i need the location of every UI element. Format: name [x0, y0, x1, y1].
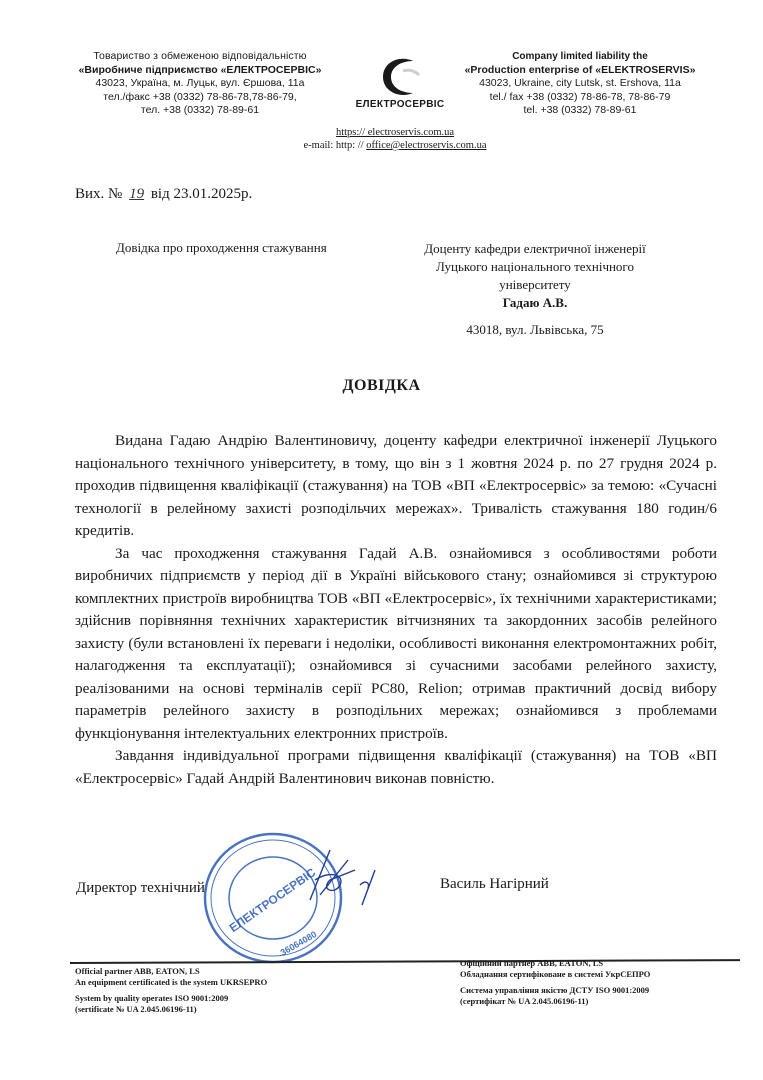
company-address-ua: 43023, Україна, м. Луцьк, вул. Єршова, 1… — [50, 77, 350, 91]
company-type-en: Company limited liability the — [440, 50, 720, 64]
company-links: https:// electroservis.com.ua e-mail: ht… — [270, 126, 520, 152]
company-type-ua: Товариство з обмеженою відповідальністю — [50, 50, 350, 64]
footer-partner-en: Official partner ABB, EATON, LS — [75, 966, 375, 977]
outgoing-number: 19 — [126, 186, 147, 202]
company-header-en: Company limited liability the «Productio… — [440, 50, 720, 118]
addressee-block: Доценту кафедри електричної інженерії Лу… — [400, 240, 670, 312]
logo-name: ЕЛЕКТРОСЕРВІС — [355, 99, 445, 110]
outgoing-prefix: Вих. № — [75, 186, 122, 202]
footer-partner-ua: Офіційний партнер ABB, EATON, LS — [460, 958, 760, 969]
website-link[interactable]: https:// electroservis.com.ua — [336, 127, 454, 138]
email-link[interactable]: office@electroservis.com.ua — [366, 140, 486, 151]
crescent-logo-icon — [377, 55, 423, 99]
company-logo: ЕЛЕКТРОСЕРВІС — [355, 55, 445, 125]
body-paragraph: Завдання індивідуальної програми підвище… — [75, 745, 717, 790]
body-paragraph: За час проходження стажування Гадай А.В.… — [75, 543, 717, 746]
footer-certificate-ua: (сертифікат № UA 2.045.06196-11) — [460, 996, 760, 1007]
outgoing-reference: Вих. № 19 від 23.01.2025р. — [75, 186, 252, 203]
addressee-name: Гадаю А.В. — [400, 294, 670, 312]
company-fax-en: tel./ fax +38 (0332) 78-86-78, 78-86-79 — [440, 91, 720, 105]
footer-iso-en: System by quality operates ISO 9001:2009 — [75, 993, 375, 1004]
company-phone-ua: тел. +38 (0332) 78-89-61 — [50, 104, 350, 118]
company-header-ua: Товариство з обмеженою відповідальністю … — [50, 50, 350, 118]
handwritten-signature — [300, 830, 390, 920]
footer-iso-ua: Система управління якістю ДСТУ ISO 9001:… — [460, 985, 760, 996]
company-name-en: «Production enterprise of «ELEKTROSERVIS… — [440, 64, 720, 78]
addressee-line-1: Доценту кафедри електричної інженерії — [400, 240, 670, 258]
company-fax-ua: тел./факс +38 (0332) 78-86-78,78-86-79, — [50, 91, 350, 105]
footer-certificate-en: (sertificate № UA 2.045.06196-11) — [75, 1004, 375, 1015]
document-title: ДОВІДКА — [0, 377, 763, 395]
footer-cert-ua: Обладнання сертифіковане в системі УкрСЕ… — [460, 969, 760, 980]
signatory-name: Василь Нагірний — [440, 876, 549, 893]
letter-body: Видана Гадаю Андрію Валентиновичу, доцен… — [75, 430, 717, 790]
footer-en: Official partner ABB, EATON, LS An equip… — [75, 966, 375, 1015]
body-paragraph: Видана Гадаю Андрію Валентиновичу, доцен… — [75, 430, 717, 543]
footer-ua: Офіційний партнер ABB, EATON, LS Обладна… — [460, 958, 760, 1007]
email-label: e-mail: http: // — [304, 140, 367, 151]
addressee-address: 43018, вул. Львівська, 75 — [400, 322, 670, 338]
addressee-line-3: університету — [400, 276, 670, 294]
company-name-ua: «Виробниче підприємство «ЕЛЕКТРОСЕРВІС» — [50, 64, 350, 78]
footer-cert-en: An equipment certificated is the system … — [75, 977, 375, 988]
letter-subject: Довідка про проходження стажування — [116, 240, 327, 256]
outgoing-date: від 23.01.2025р. — [151, 186, 252, 202]
addressee-line-2: Луцького національного технічного — [400, 258, 670, 276]
company-phone-en: tel. +38 (0332) 78-89-61 — [440, 104, 720, 118]
company-address-en: 43023, Ukraine, city Lutsk, st. Ershova,… — [440, 77, 720, 91]
signatory-title: Директор технічний — [76, 880, 205, 897]
